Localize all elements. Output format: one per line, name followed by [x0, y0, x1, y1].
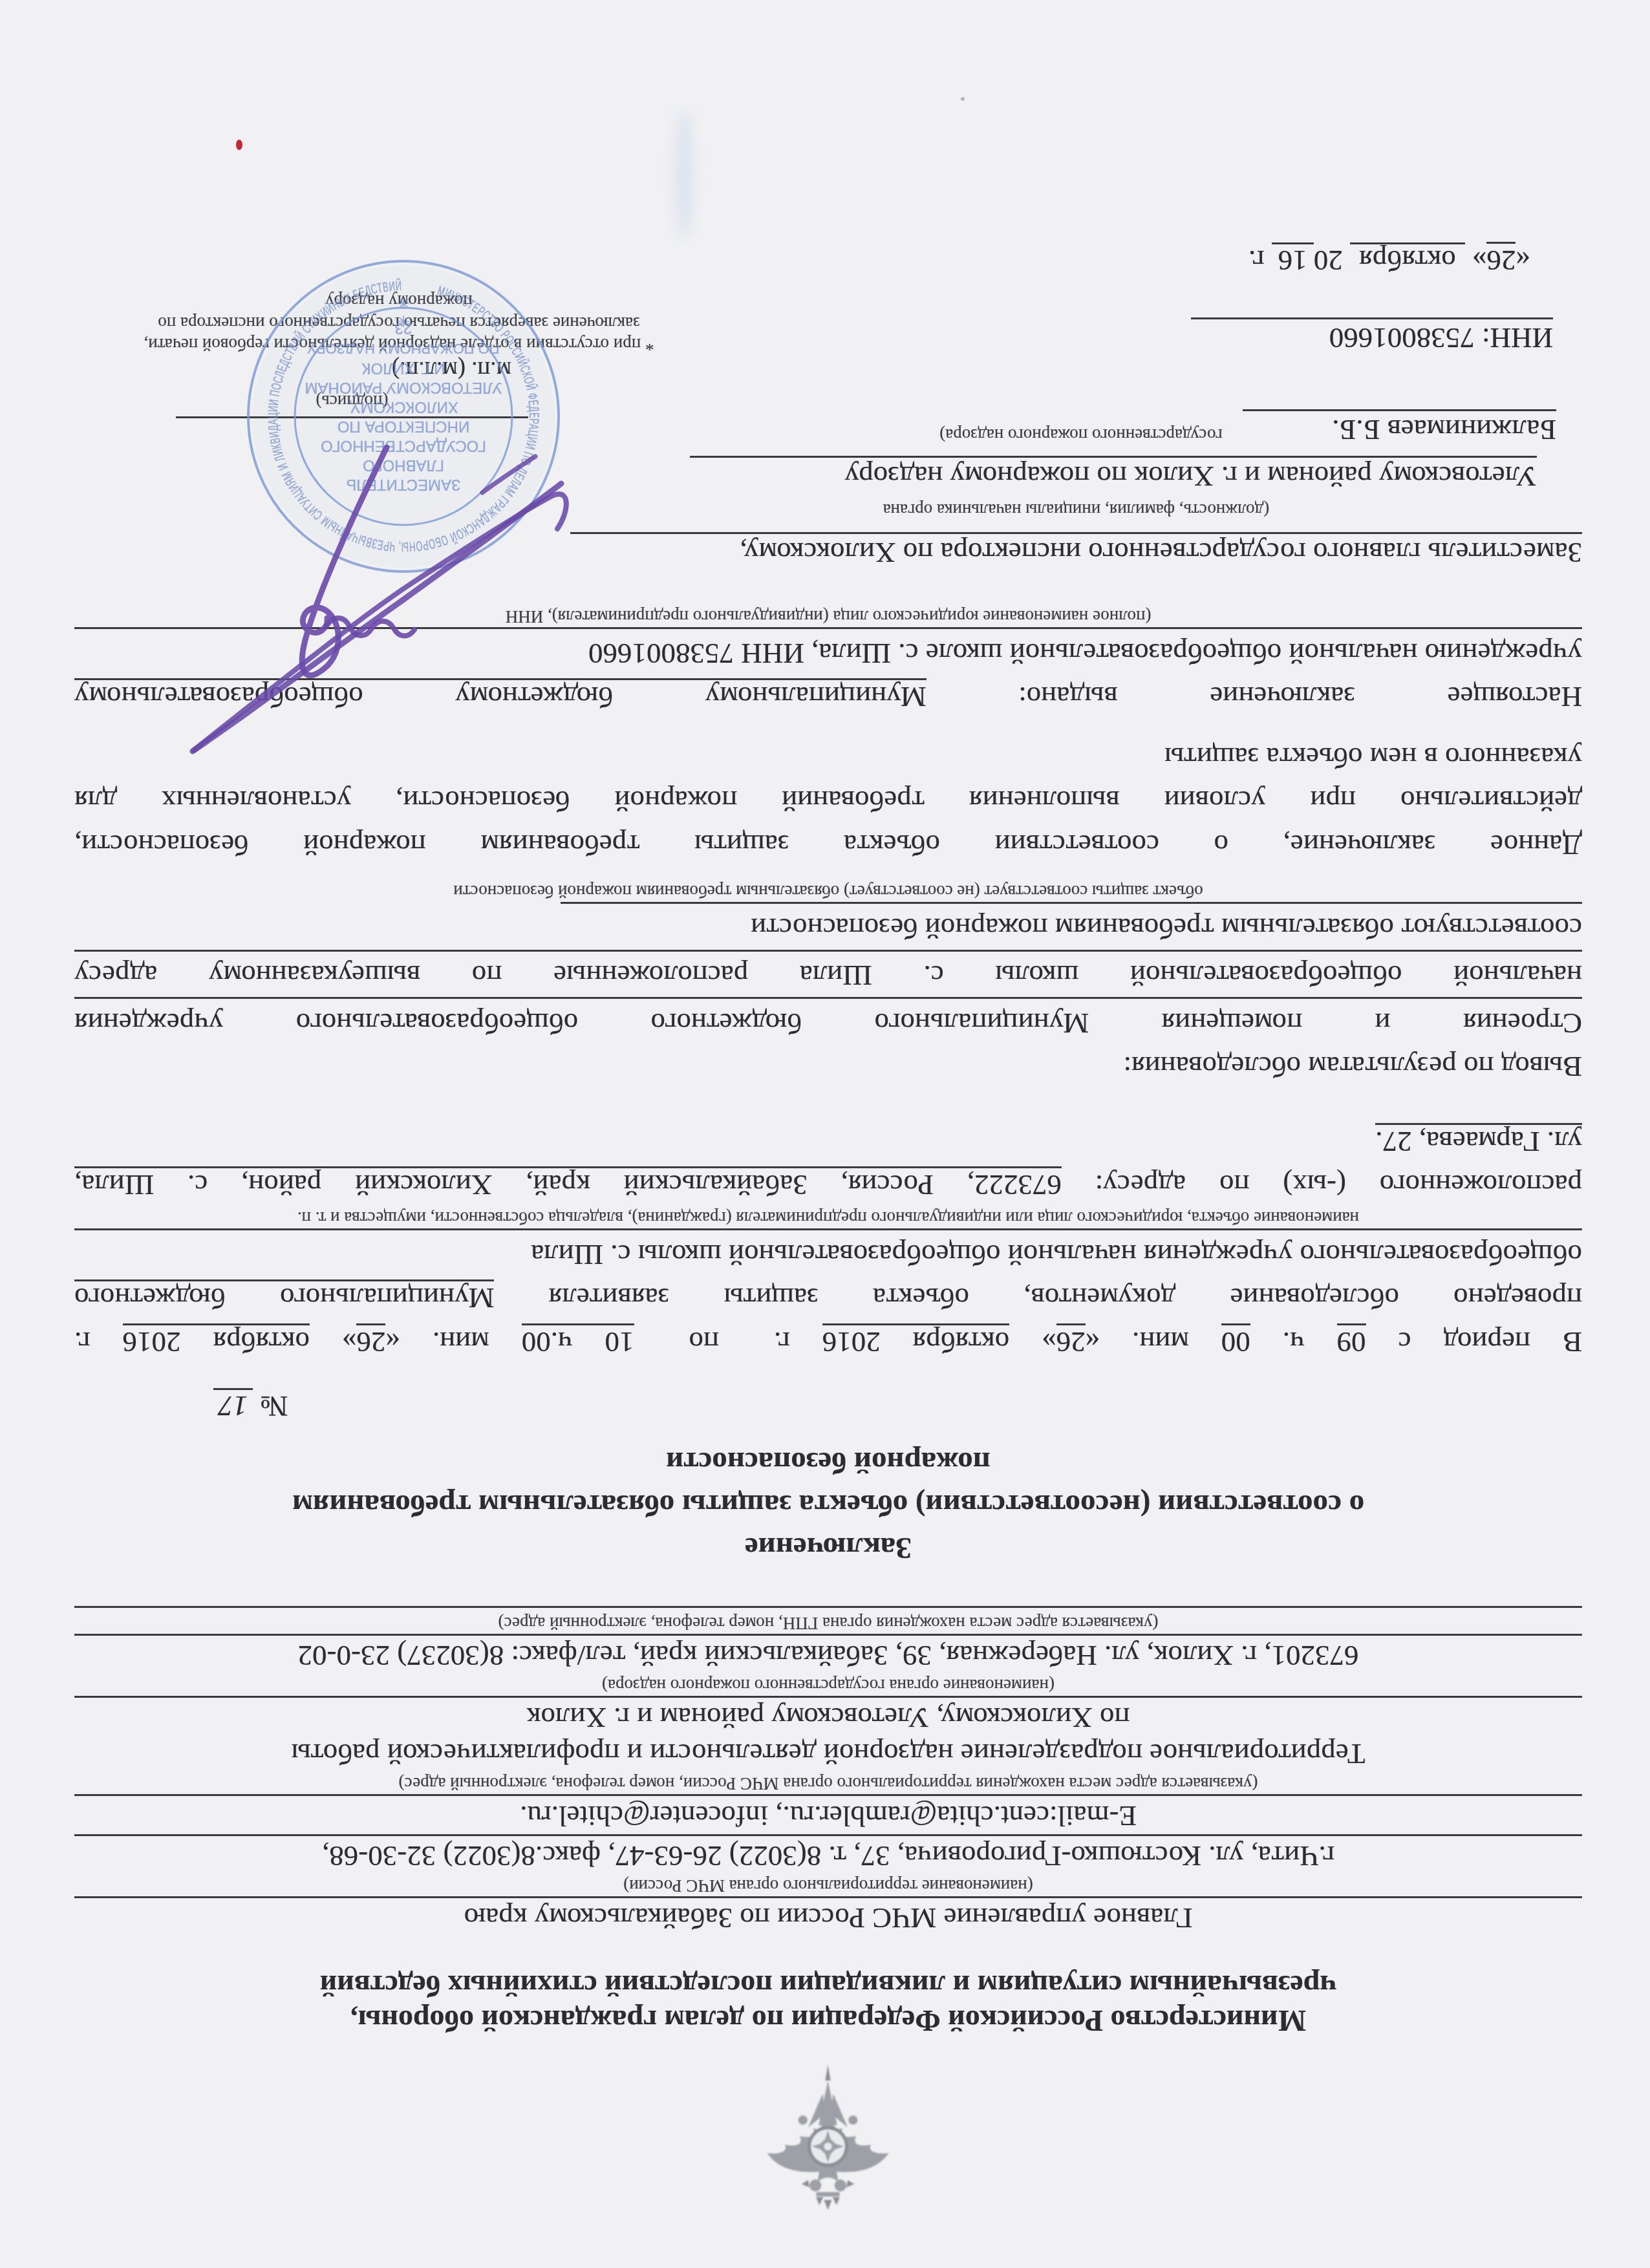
issued-to-part1: Муниципальному бюджетному общеобразовате…	[74, 678, 927, 713]
number-value: 17	[213, 1388, 253, 1422]
office-address-caption: (указывается адрес места нахождения терр…	[74, 1772, 1582, 1794]
date-month: октября	[1350, 242, 1465, 277]
period-po: по	[689, 1326, 720, 1358]
emblem-crown-spike	[824, 2200, 832, 2210]
signing-block: Заместитель главного государственного ин…	[74, 191, 1582, 570]
conclusion-line3: соответствуют обязательным требованиям п…	[561, 902, 1582, 950]
office-address-line1: г.Чита, ул. Костюшко-Григоровича, 37, т.…	[74, 1834, 1582, 1874]
ministry-name-line2: чрезвычайным ситуациям и ликвидации посл…	[74, 1967, 1582, 2002]
seal-place-label: м.п. (м.л.п.)	[392, 356, 511, 383]
number-label: №	[260, 1390, 288, 1422]
date-year: 16	[1272, 242, 1314, 277]
office-address-line2: E-mail:cent.chita@rambler.ru., infocente…	[74, 1794, 1582, 1834]
conclusion-line1: Строения и помещения Муниципального бюдж…	[74, 997, 1582, 1045]
division-line2: по Хилокскому, Улетовскому районам и г. …	[74, 1696, 1582, 1736]
document-page-rotated-180: Министерство Российской Федерации по дел…	[0, 0, 1650, 2268]
period-min1: 00	[1221, 1323, 1250, 1358]
header-bottom-rule	[74, 1606, 1582, 1608]
validity-line2: действительно при условии выполнения тре…	[74, 779, 1582, 823]
period-hour1: 09	[1337, 1323, 1366, 1358]
seal-note-line3: пожарному надзору	[43, 290, 755, 312]
location-address-part1: 673222, Россия, Забайкальский край, Хило…	[74, 1166, 1062, 1201]
official-name: Балжинимаев Б.Б.	[1243, 409, 1556, 447]
inn-line: ИНН: 7538001660	[1191, 317, 1553, 355]
seal-note-line2: заключение заверяется печатью государств…	[43, 312, 755, 334]
document-title-line1: Заключение	[74, 1526, 1582, 1568]
scanned-sheet: Министерство Российской Федерации по дел…	[0, 0, 1650, 2268]
applicant-caption: наименование объекта, юридического лица …	[74, 1206, 1582, 1228]
period-monthyear2: октября 2016	[123, 1323, 310, 1358]
location-line2: ул. Гармаева, 27.	[74, 1119, 1582, 1163]
issued-caption: (полное наименование юридического лица (…	[74, 605, 1582, 627]
date-day: 26	[1487, 242, 1516, 277]
validity-line3: указанного в нем объекта защиты	[74, 735, 1582, 779]
conclusion-heading: Вывод по результатам обследования:	[74, 1045, 1582, 1089]
division-line1: Территориальное подразделение надзорной …	[74, 1736, 1582, 1772]
official-position-line1: Заместитель главного государственного ин…	[570, 532, 1582, 570]
document-number-line: № 17	[74, 1389, 1582, 1423]
signature-line	[176, 416, 528, 453]
conclusion-caption: объект защиты соответствует (не соответс…	[74, 881, 1582, 903]
gpn-address-line: 673201, г. Хилок, ул. Набережная, 39, За…	[74, 1634, 1582, 1674]
document-title-line3: пожарной безопасности	[74, 1441, 1582, 1484]
official-position-line2: Улетовскому районам и г. Хилок по пожарн…	[690, 456, 1537, 493]
conclusion-line2: начальной общеобразовательной школы с. Ш…	[74, 950, 1582, 998]
date-century: 20	[1314, 244, 1343, 277]
location-line1: расположенного (-ых) по адресу: 673222, …	[74, 1163, 1582, 1207]
gpn-address-caption: (указывается адрес места нахождения орга…	[74, 1612, 1582, 1634]
issued-line2: учреждению начальной общеобразовательной…	[74, 627, 1582, 675]
signature-caption: (подпись)	[176, 390, 528, 412]
period-monthyear1: октября 2016	[822, 1323, 1010, 1358]
ministry-name-line1: Министерство Российской Федерации по дел…	[74, 2003, 1582, 2038]
official-position-caption1: (должность, фамилия, инициалы начальника…	[570, 499, 1582, 521]
applicant-line1: проведено обследование документов, объек…	[74, 1276, 1582, 1320]
date-suffix: г.	[1248, 244, 1265, 277]
period-day2: 26	[357, 1323, 386, 1358]
document-content: Министерство Российской Федерации по дел…	[0, 191, 1650, 2211]
issued-line1: Настоящее заключение выдано: Муниципальн…	[74, 675, 1582, 719]
document-title-line2: о соответствии (несоответствии) объекта …	[74, 1483, 1582, 1526]
applicant-line2: общеобразовательного учреждения начально…	[74, 1228, 1582, 1276]
red-ink-mark	[236, 140, 242, 150]
main-office-caption: (наименование территориального органа МЧ…	[74, 1874, 1582, 1896]
date-line: «26» октября 2016 г.	[1248, 244, 1530, 277]
validity-line1: Данное заключение, о соответствии объект…	[74, 822, 1582, 866]
main-office-line: Главное управление МЧС России по Забайка…	[74, 1896, 1582, 1936]
seal-note-line1: * при отсутствии в отделе надзорной деят…	[43, 334, 755, 356]
division-caption: (наименование органа государственного по…	[74, 1674, 1582, 1696]
period-day1: 26	[1056, 1323, 1086, 1358]
applicant-name-part1: Муниципального бюджетного	[74, 1279, 494, 1314]
scan-speck	[961, 97, 965, 101]
mchs-double-headed-eagle-emblem	[762, 2049, 895, 2211]
period-line: В период с 09 ч. 00 мин. «26» октября 20…	[74, 1320, 1582, 1364]
seal-note: * при отсутствии в отделе надзорной деят…	[43, 290, 755, 355]
period-time2: 10 ч.00	[522, 1323, 634, 1358]
